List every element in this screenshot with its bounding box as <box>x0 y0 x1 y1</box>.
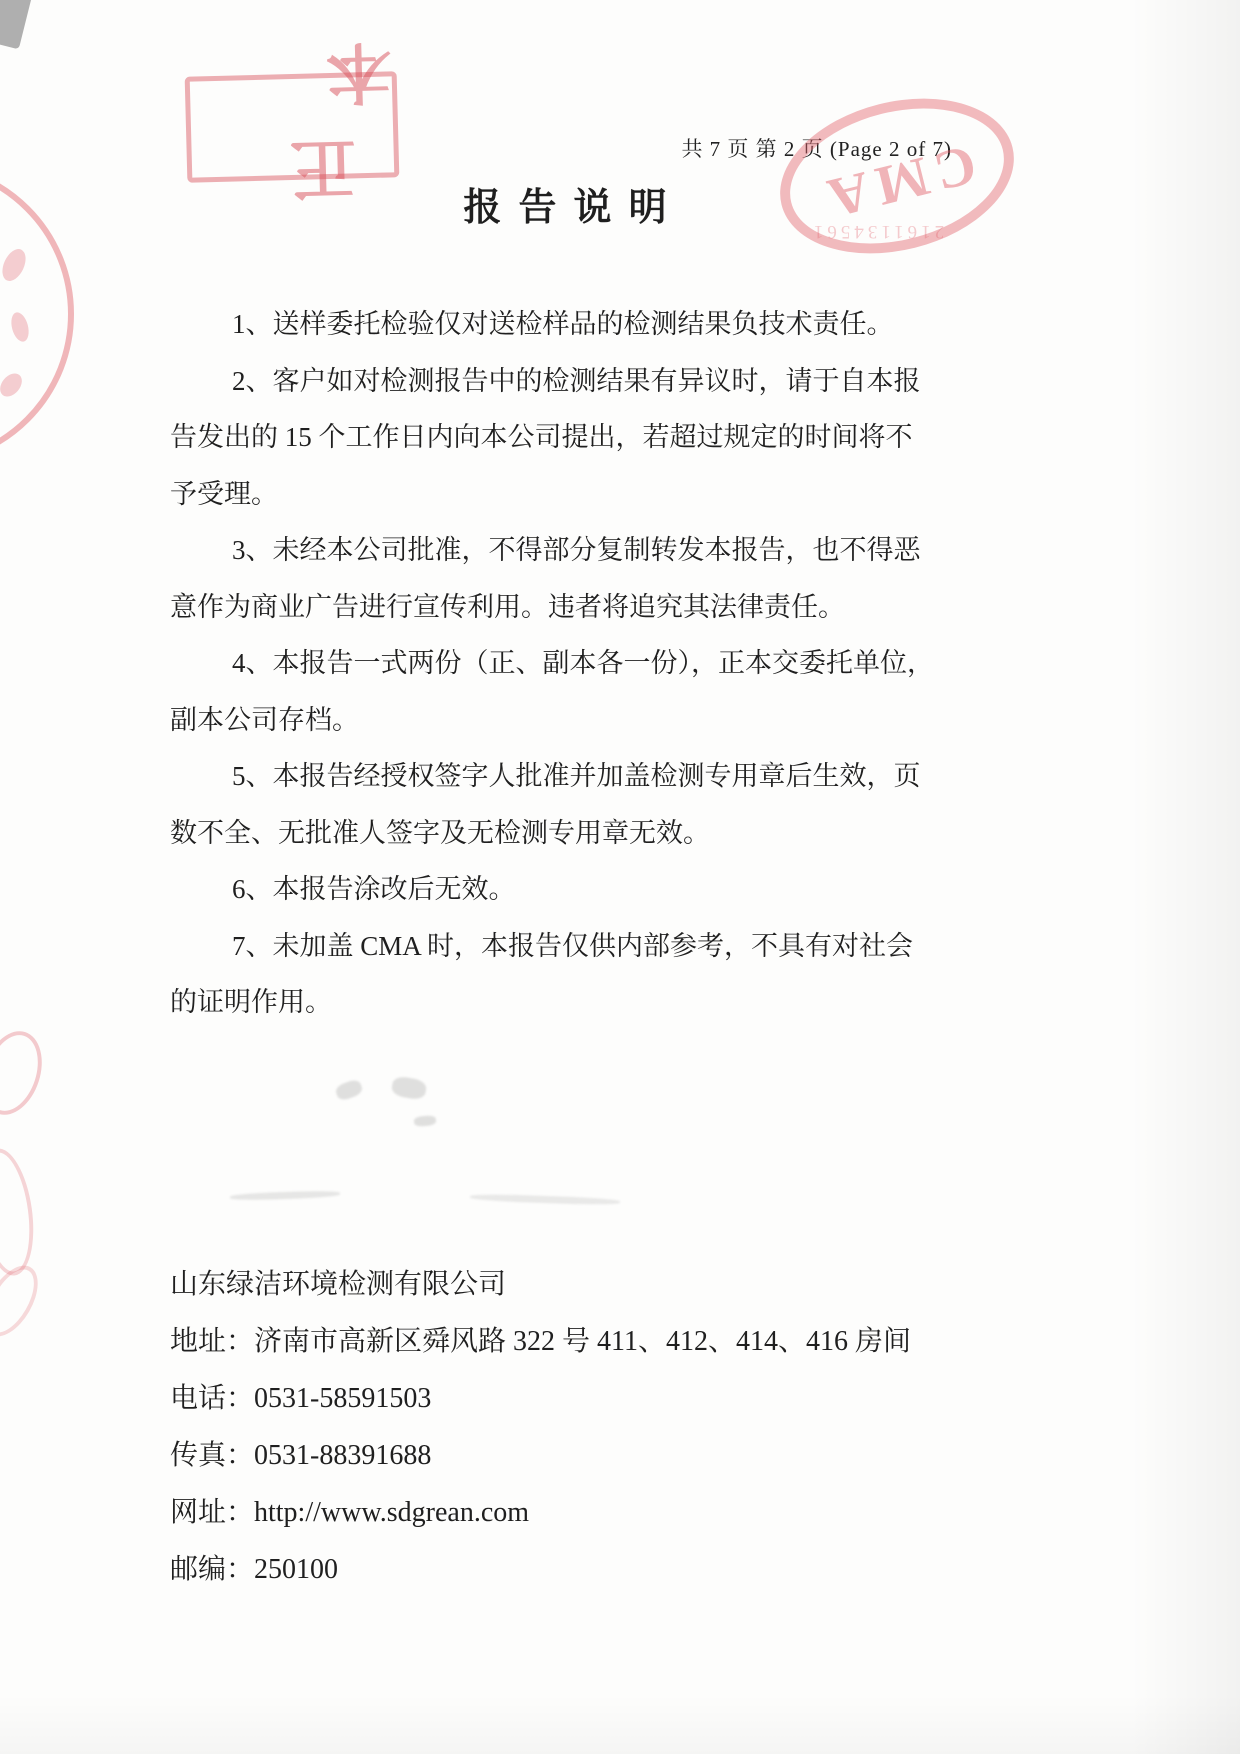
note-line: 1、送样委托检验仅对送检样品的检测结果负技术责任。 <box>170 296 970 353</box>
company-name: 山东绿洁环境检测有限公司 <box>170 1256 990 1313</box>
company-website: 网址：http://www.sdgrean.com <box>170 1484 990 1541</box>
company-seal-partial <box>0 162 74 466</box>
pencil-smudge <box>230 1190 340 1201</box>
company-postcode: 邮编：250100 <box>170 1541 990 1598</box>
red-ink-mark <box>0 1023 52 1122</box>
pencil-smudge <box>334 1078 364 1102</box>
page-title: 报告说明 <box>170 176 960 231</box>
note-line: 3、未经本公司批准，不得部分复制转发本报告，也不得恶 <box>170 522 970 579</box>
note-line: 意作为商业广告进行宣传利用。违者将追究其法律责任。 <box>170 579 970 636</box>
note-line: 予受理。 <box>170 466 970 523</box>
original-copy-stamp: 正本 <box>185 71 400 183</box>
note-line: 数不全、无批准人签字及无检测专用章无效。 <box>170 805 970 862</box>
red-ink-mark <box>0 1145 41 1279</box>
scan-shade-bottom <box>0 1694 1240 1754</box>
company-fax: 传真：0531-88391688 <box>170 1427 990 1484</box>
report-notes: 1、送样委托检验仅对送检样品的检测结果负技术责任。 2、客户如对检测报告中的检测… <box>170 296 970 1031</box>
note-line: 2、客户如对检测报告中的检测结果有异议时，请于自本报 <box>170 353 970 410</box>
note-line: 4、本报告一式两份（正、副本各一份），正本交委托单位， <box>170 635 970 692</box>
scanned-report-page: 正本 共 7 页 第 2 页 (Page 2 of 7) CMA 2161134… <box>0 0 1240 1754</box>
company-info-block: 山东绿洁环境检测有限公司 地址：济南市高新区舜风路 322 号 411、412、… <box>170 1256 990 1598</box>
note-line: 6、本报告涂改后无效。 <box>170 861 970 918</box>
pencil-smudge <box>391 1075 428 1101</box>
note-line: 的证明作用。 <box>170 974 970 1031</box>
scan-artifact-corner <box>0 0 32 49</box>
note-line: 7、未加盖 CMA 时，本报告仅供内部参考，不具有对社会 <box>170 918 970 975</box>
scan-shade-right <box>1130 0 1240 1754</box>
note-line: 副本公司存档。 <box>170 692 970 749</box>
company-phone: 电话：0531-58591503 <box>170 1370 990 1427</box>
company-address: 地址：济南市高新区舜风路 322 号 411、412、414、416 房间 <box>170 1313 990 1370</box>
note-line: 5、本报告经授权签字人批准并加盖检测专用章后生效，页 <box>170 748 970 805</box>
pencil-smudge <box>470 1193 620 1205</box>
note-line: 告发出的 15 个工作日内向本公司提出，若超过规定的时间将不 <box>170 409 970 466</box>
pencil-smudge <box>414 1115 437 1127</box>
